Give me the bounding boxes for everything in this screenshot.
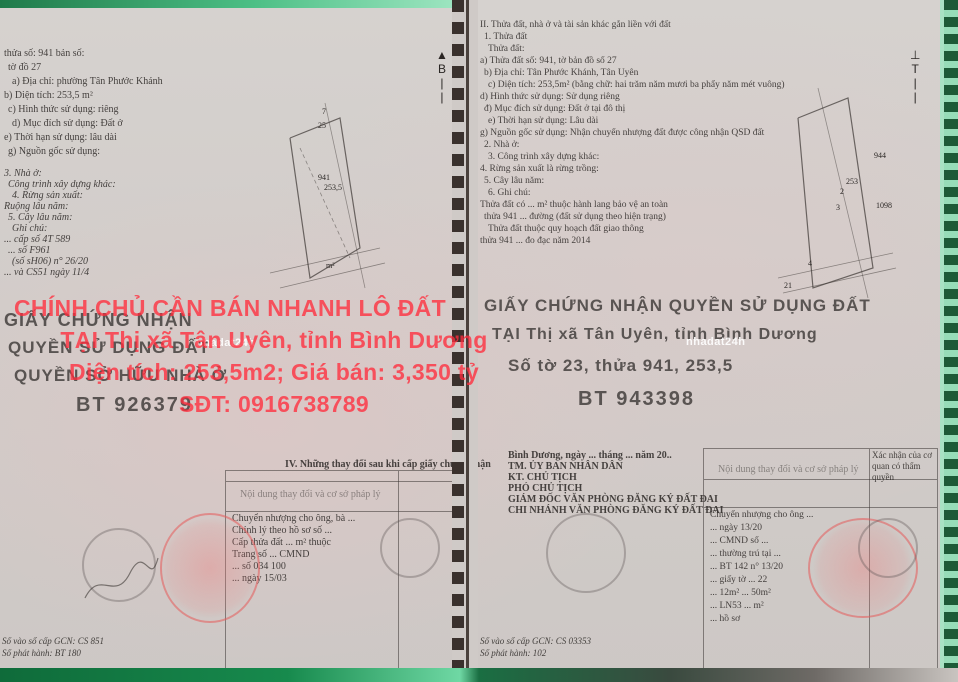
left-note-line: 5. Cây lâu năm:: [8, 212, 72, 223]
right-change-entry: ... thường trú tại ...: [710, 549, 781, 560]
right-change-entry: ... CMND số ...: [710, 536, 768, 547]
left-footer-line: Số vào sổ cấp GCN: CS 851: [2, 636, 104, 647]
certificate-green-border-right: [944, 0, 958, 668]
svg-text:1098: 1098: [876, 201, 892, 210]
right-change-entry: ... BT 142 n° 13/20: [710, 562, 783, 573]
right-signing-line: KT. CHỦ TỊCH: [508, 472, 577, 483]
left-note-line: Ghi chú:: [12, 223, 47, 234]
svg-text:2: 2: [840, 187, 844, 196]
right-info-line: thửa 941 ... đường (đất sử dụng theo hiệ…: [484, 212, 666, 223]
right-info-line: 1. Thửa đất: [484, 32, 527, 43]
right-info-line: d) Hình thức sử dụng: Sử dụng riêng: [480, 92, 620, 103]
svg-text:4: 4: [808, 259, 812, 268]
right-signing-line: PHÓ CHỦ TỊCH: [508, 483, 582, 494]
left-land-plot-diagram: 7 25 941 253,5 m²: [270, 98, 390, 303]
right-info-line: 6. Ghi chú:: [488, 188, 530, 199]
svg-text:21: 21: [784, 281, 792, 290]
overlay-line-phone: SĐT: 0916738789: [14, 388, 534, 420]
left-note-line: ... cấp số 4T 589: [4, 234, 70, 245]
left-note-line: ... số F961: [8, 245, 51, 256]
left-info-line: d) Mục đích sử dụng: Đất ở: [12, 118, 123, 129]
left-note-line: (số sH06) n° 26/20: [12, 256, 88, 267]
svg-text:941: 941: [318, 173, 330, 182]
right-change-entry: ... hồ sơ: [710, 614, 740, 625]
right-signing-line: Bình Dương, ngày ... tháng ... năm 20..: [508, 450, 672, 461]
right-change-entry: ... LN53 ... m²: [710, 601, 764, 612]
right-compass-north: ⊥T||: [910, 48, 920, 104]
right-info-line: Thửa đất:: [488, 44, 525, 55]
left-info-line: e) Thời hạn sử dụng: lâu dài: [4, 132, 117, 143]
overlay-line-headline: CHÍNH CHỦ CẦN BÁN NHANH LÔ ĐẤT: [14, 292, 534, 324]
svg-text:253: 253: [846, 177, 858, 186]
left-info-line: a) Địa chỉ: phường Tân Phước Khánh: [12, 76, 163, 87]
left-compass-north: ▲B||: [436, 48, 448, 104]
left-info-line: g) Nguồn gốc sử dụng:: [8, 146, 100, 157]
svg-text:m²: m²: [326, 261, 335, 270]
svg-text:3: 3: [836, 203, 840, 212]
right-info-line: 2. Nhà ở:: [484, 140, 519, 151]
left-red-seal: [160, 513, 260, 623]
plot-label: 7: [322, 107, 326, 116]
left-footer-line: Số phát hành: BT 180: [2, 648, 81, 659]
right-info-line: g) Nguồn gốc sử dụng: Nhận chuyển nhượng…: [480, 128, 764, 139]
left-small-stamp: [380, 518, 440, 578]
left-info-line: tờ đồ 27: [8, 62, 41, 73]
right-heading-row-1: GIẤY CHỨNG NHẬN QUYỀN SỬ DỤNG ĐẤT: [484, 296, 871, 316]
right-signing-line: CHI NHÁNH VĂN PHÒNG ĐĂNG KÝ ĐẤT ĐAI: [508, 505, 723, 516]
svg-text:25: 25: [318, 121, 326, 130]
right-heading-row-2: TẠI Thị xã Tân Uyên, tỉnh Bình Dương: [492, 326, 818, 344]
right-signing-line: GIÁM ĐỐC VĂN PHÒNG ĐĂNG KÝ ĐẤT ĐAI: [508, 494, 718, 505]
right-change-entry: ... 12m² ... 50m²: [710, 588, 771, 599]
right-change-entry: Chuyển nhượng cho ông ...: [710, 510, 813, 521]
left-info-line: b) Diện tích: 253,5 m²: [4, 90, 93, 101]
certificate-green-border-bottom: [0, 668, 958, 682]
right-info-line: đ) Mục đích sử dụng: Đất ở tại đô thị: [484, 104, 625, 115]
sale-advertisement-overlay: CHÍNH CHỦ CẦN BÁN NHANH LÔ ĐẤT TẠI Thị x…: [14, 292, 534, 420]
right-footer-line: Số vào sổ cấp GCN: CS 03353: [480, 636, 591, 647]
left-info-line: thửa số: 941 bản số:: [4, 48, 84, 59]
right-table-header-content: Nội dung thay đổi và cơ sở pháp lý: [718, 464, 859, 475]
right-info-line: 5. Cây lâu năm:: [484, 176, 544, 187]
left-signature: [80, 548, 160, 613]
right-info-line: 4. Rừng sản xuất là rừng trồng:: [480, 164, 599, 175]
left-change-entry: Chuyển nhượng cho ông, bà ...: [232, 513, 355, 524]
site-watermark-right: nhadat24h: [686, 336, 746, 348]
right-info-line: II. Thửa đất, nhà ở và tài sản khác gắn …: [480, 20, 671, 31]
right-info-line: Thửa đất có ... m² thuộc hành lang bảo v…: [480, 200, 668, 211]
svg-text:253,5: 253,5: [324, 183, 342, 192]
left-info-line: c) Hình thức sử dụng: riêng: [8, 104, 119, 115]
right-signing-line: TM. ỦY BAN NHÂN DÂN: [508, 461, 623, 472]
right-footer-line: Số phát hành: 102: [480, 648, 546, 659]
right-change-entry: ... ngày 13/20: [710, 523, 762, 534]
right-info-line: c) Diện tích: 253,5m² (bằng chữ: hai tră…: [488, 80, 785, 91]
svg-text:944: 944: [874, 151, 886, 160]
right-official-stamp: [546, 513, 626, 593]
right-small-stamp: [858, 518, 918, 578]
right-serial-number: BT 943398: [578, 388, 695, 411]
left-note-line: Ruộng lâu năm:: [4, 201, 68, 212]
right-info-line: a) Thửa đất số: 941, tờ bản đồ số 27: [480, 56, 617, 67]
right-info-line: b) Địa chỉ: Tân Phước Khánh, Tân Uyên: [484, 68, 638, 79]
right-info-line: Thửa đất thuộc quy hoạch đất giao thông: [488, 224, 644, 235]
right-heading-row-3: Số tờ 23, thửa 941, 253,5: [508, 356, 733, 376]
left-note-line: 3. Nhà ở:: [4, 168, 42, 179]
overlay-line-location: TẠI Thị xã Tân Uyên, tỉnh Bình Dương: [14, 324, 534, 356]
certificate-green-border-top: [0, 0, 460, 8]
left-note-line: Công trình xây dựng khác:: [8, 179, 116, 190]
right-table-header-confirm: Xác nhận của cơ quan có thẩm quyền: [872, 450, 936, 483]
right-land-plot-diagram: 944 253 2 3 1098 4 21: [778, 88, 898, 313]
right-info-line: thửa 941 ... đo đạc năm 2014: [480, 236, 590, 247]
left-note-line: 4. Rừng sản xuất:: [12, 190, 83, 201]
right-info-line: e) Thời hạn sử dụng: Lâu dài: [488, 116, 598, 127]
right-change-entry: ... giấy tờ ... 22: [710, 575, 767, 586]
overlay-line-area-price: Diện tích: 253,5m2; Giá bán: 3,350 tỷ: [14, 356, 534, 388]
left-note-line: ... và CS51 ngày 11/4: [4, 267, 89, 278]
right-info-line: 3. Công trình xây dựng khác:: [488, 152, 599, 163]
